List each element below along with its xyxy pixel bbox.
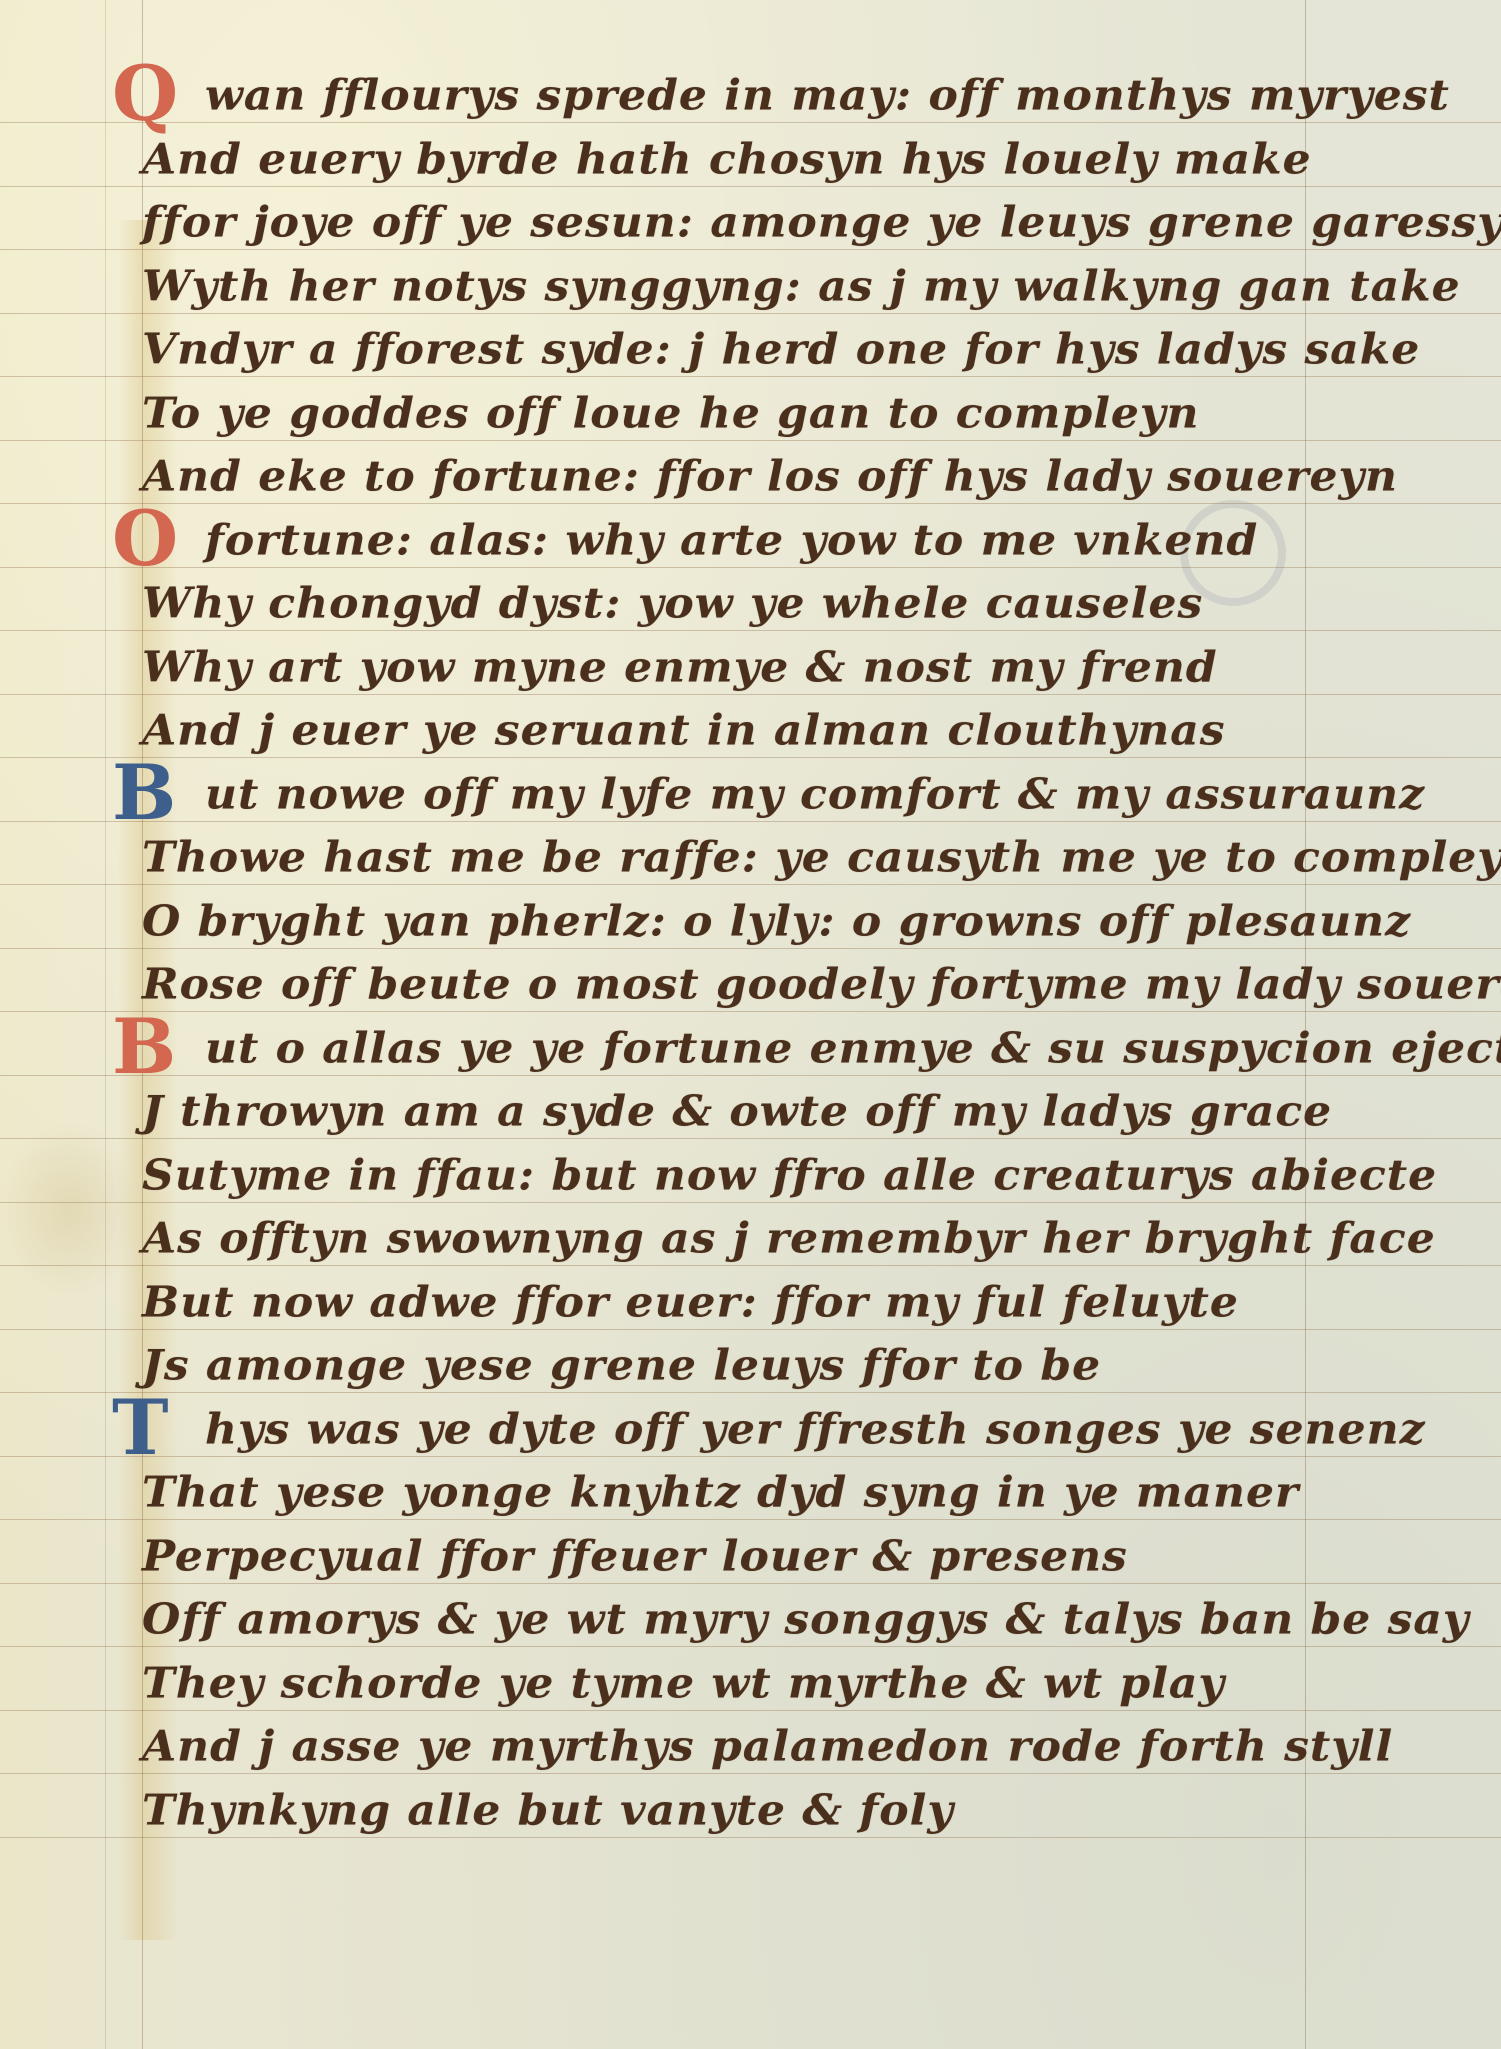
verse-line: And euery byrde hath chosyn hys louely m… <box>142 135 1312 192</box>
verse-line: Wyth her notys synggyng: as j my walkyng… <box>142 262 1461 319</box>
verse-line: fortune: alas: why arte yow to me vnkend <box>205 516 1258 573</box>
decorated-initial-o: O <box>112 501 178 577</box>
verse-line: Thynkyng alle but vanyte & foly <box>142 1786 954 1843</box>
verse-line: Perpecyual ffor ffeuer louer & presens <box>142 1532 1128 1589</box>
verse-line: That yese yonge knyhtz dyd syng in ye ma… <box>142 1469 1299 1526</box>
verse-line: And eke to fortune: ffor los off hys lad… <box>142 453 1398 510</box>
verse-line: hys was ye dyte off yer ffresth songes y… <box>205 1405 1426 1462</box>
verse-line: Sutyme in ffau: but now ffro alle creatu… <box>142 1151 1437 1208</box>
verse-line: Off amorys & ye wt myry songgys & talys … <box>142 1596 1469 1653</box>
verse-line: ut o allas ye ye fortune enmye & su susp… <box>205 1024 1501 1081</box>
verse-line: And j asse ye myrthys palamedon rode for… <box>142 1723 1393 1780</box>
verse-line: ffor joye off ye sesun: amonge ye leuys … <box>142 199 1501 256</box>
verse-line: Js amonge yese grene leuys ffor to be <box>142 1342 1101 1399</box>
verse-line: Vndyr a fforest syde: j herd one for hys… <box>142 326 1420 383</box>
verse-line: Why chongyd dyst: yow ye whele causeles <box>142 580 1203 637</box>
manuscript-folio: wan fflourys sprede in may: off monthys … <box>0 0 1501 2049</box>
verse-line: They schorde ye tyme wt myrthe & wt play <box>142 1659 1225 1716</box>
verse-line: But now adwe ffor euer: ffor my ful felu… <box>142 1278 1239 1335</box>
verse-line: Thowe hast me be raffe: ye causyth me ye… <box>142 834 1501 891</box>
text-block: wan fflourys sprede in may: off monthys … <box>0 0 1501 2049</box>
decorated-initial-b: B <box>112 1009 176 1085</box>
verse-line: J throwyn am a syde & owte off my ladys … <box>142 1088 1332 1145</box>
decorated-initial-b: B <box>112 755 176 831</box>
verse-line: O bryght yan pherlz: o lyly: o growns of… <box>142 897 1411 954</box>
decorated-initial-q: Q <box>112 56 178 132</box>
verse-line: ut nowe off my lyfe my comfort & my assu… <box>205 770 1425 827</box>
verse-line: As offtyn swownyng as j remembyr her bry… <box>142 1215 1436 1272</box>
verse-line: And j euer ye seruant in alman clouthyna… <box>142 707 1226 764</box>
verse-line: Why art yow myne enmye & nost my frend <box>142 643 1218 700</box>
verse-line: wan fflourys sprede in may: off monthys … <box>205 72 1450 129</box>
verse-line: To ye goddes off loue he gan to compleyn <box>142 389 1199 446</box>
verse-line: Rose off beute o most goodely fortyme my… <box>142 961 1501 1018</box>
decorated-initial-t: T <box>112 1390 169 1466</box>
